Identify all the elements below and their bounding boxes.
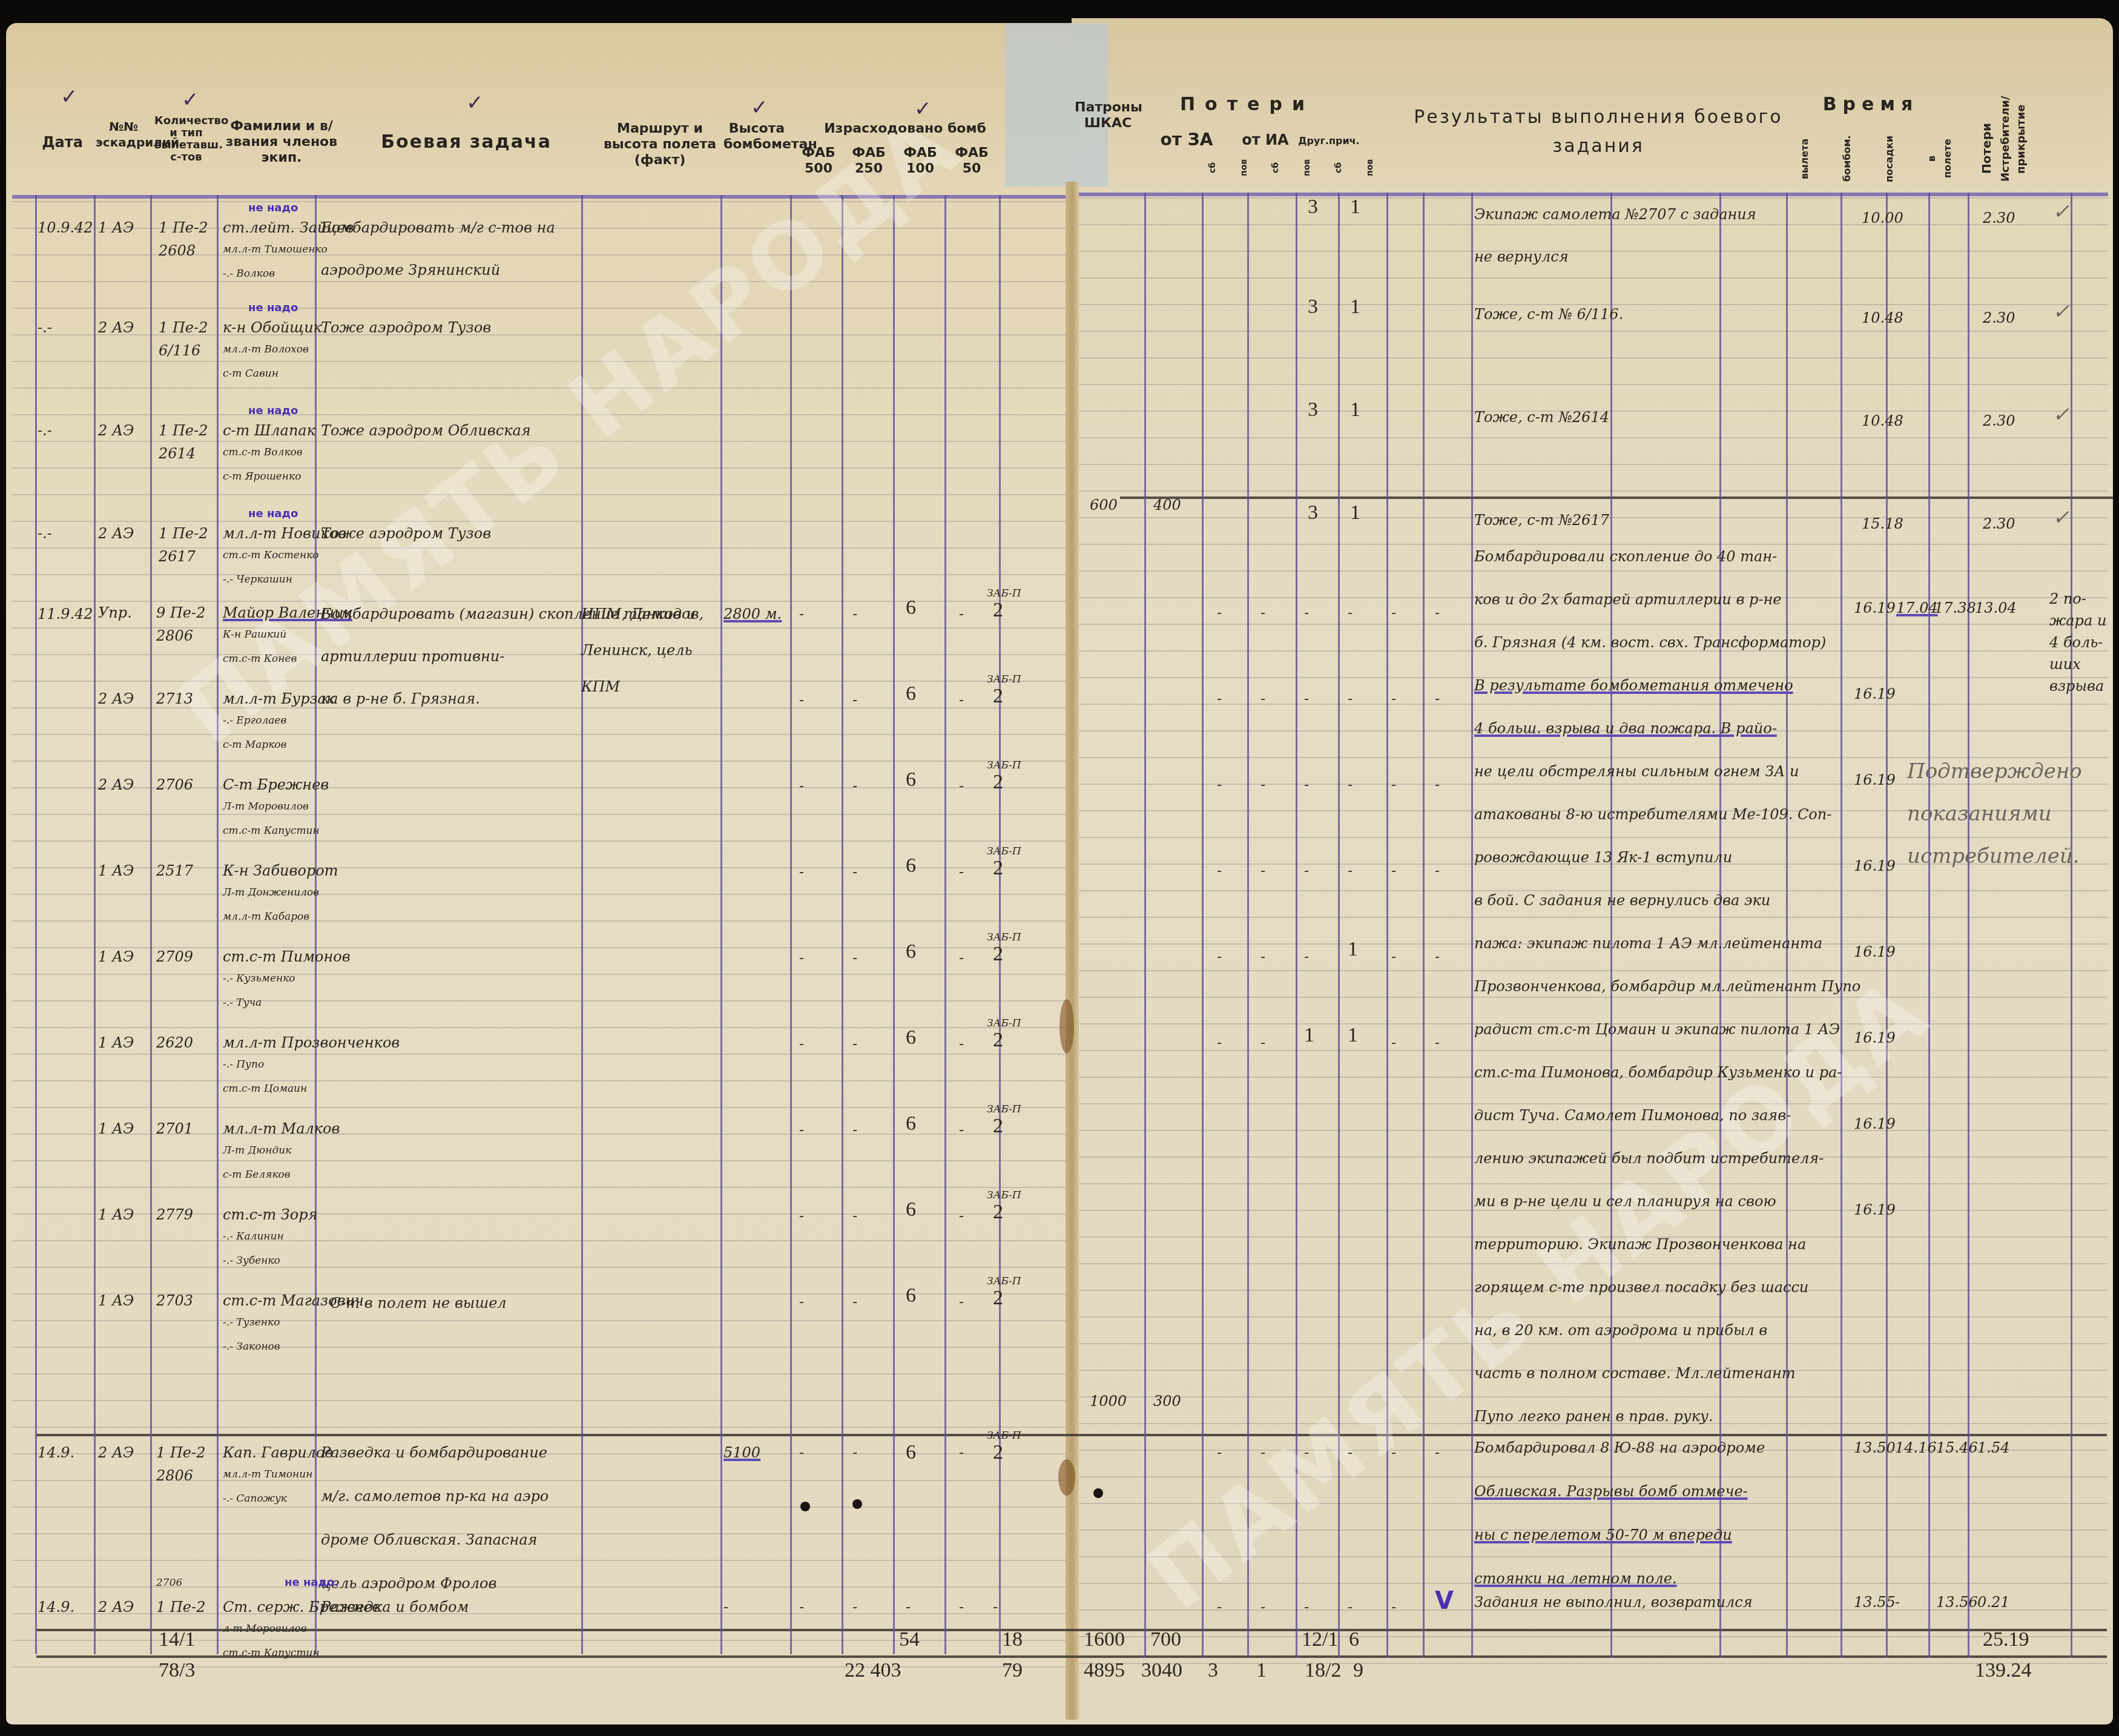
subtotal-cartridges: 1000 xyxy=(1090,1393,1127,1410)
entry-aircraft: 9 Пе-2 xyxy=(156,604,205,621)
crew-member: -.- Волков xyxy=(223,268,275,280)
crew-member: ст.с-т Костенко xyxy=(223,549,319,561)
bomb-altitude: - xyxy=(723,1599,728,1616)
time-value: 0.21 xyxy=(1977,1594,2009,1611)
loss-value: - xyxy=(1391,604,1396,621)
ruled-line xyxy=(12,840,1066,842)
bombs-value: - xyxy=(959,1207,964,1224)
crew-member: К-н Забиворот xyxy=(223,862,338,879)
ruled-line xyxy=(1079,277,2108,279)
zab-label: ЗАБ-П xyxy=(987,1017,1021,1029)
entry-tail-number: 2806 xyxy=(156,627,193,644)
crew-member: с-т Савин xyxy=(223,368,278,380)
zab-value: 2 xyxy=(993,1444,1003,1461)
ruled-line xyxy=(12,1187,1066,1188)
column-rule xyxy=(1928,193,1930,1658)
loss-value: - xyxy=(1261,1599,1265,1616)
loss-value: - xyxy=(1348,1599,1353,1616)
crew-member: мл.л-т Тимошенко xyxy=(223,243,328,256)
crew-member: л-т Моровилов xyxy=(223,1623,307,1635)
ruled-line xyxy=(12,974,1066,975)
ruled-line xyxy=(12,1160,1066,1161)
ruled-line xyxy=(1079,1663,2108,1664)
ruled-line xyxy=(12,1107,1066,1108)
time-value: 15.46 xyxy=(1936,1439,1978,1456)
entry-tail-number: 2706 xyxy=(156,776,193,793)
entry-task: дроме Обливская. Запасная xyxy=(321,1531,538,1548)
result-line: Бомбардировали скопление до 40 тан- xyxy=(1474,548,1777,565)
entry-date: -.- xyxy=(38,525,52,542)
bombs-value: - xyxy=(799,777,804,794)
zab-label: ЗАБ-П xyxy=(987,845,1021,857)
loss-value: - xyxy=(1217,1599,1222,1616)
time-subheader: в полете xyxy=(1924,134,1956,183)
entry-squadron: 1 АЭ xyxy=(98,219,134,236)
loss-subheader: сб xyxy=(1205,153,1221,183)
loss-value: - xyxy=(1304,1599,1309,1616)
column-rule xyxy=(893,195,895,1654)
flight-duration: 2.30 xyxy=(1983,515,2015,532)
result-line: Задания не выполнил, возвратился xyxy=(1474,1594,1753,1611)
total-zab: 18 xyxy=(1002,1631,1023,1648)
loss-value: - xyxy=(1348,604,1353,621)
entry-date: 10.9.42 xyxy=(38,219,93,236)
entry-squadron: 2 АЭ xyxy=(98,319,134,336)
loss-value: - xyxy=(1304,690,1309,707)
loss-value: - xyxy=(1391,1599,1396,1616)
ruled-line xyxy=(1079,1396,2108,1398)
column-rule xyxy=(217,195,219,1654)
loss-value: - xyxy=(1304,948,1309,965)
time-subheader: посадки xyxy=(1882,134,1897,183)
result-line: на, в 20 км. от аэродрома и прибыл в xyxy=(1474,1322,1767,1339)
result-line: ков и до 2х батарей артиллерии в р-не xyxy=(1474,591,1782,608)
bombs-value: 6 xyxy=(906,599,916,616)
bombs-value: - xyxy=(799,949,804,966)
check-icon: ✓ xyxy=(2052,303,2070,320)
entry-result: не вернулся xyxy=(1474,248,1569,265)
entry-task: Бомбардировать (магазин) скопление танко… xyxy=(321,606,696,622)
entry-squadron: 1 АЭ xyxy=(98,948,134,965)
ruled-line xyxy=(1079,384,2108,385)
total-rule xyxy=(36,1655,2107,1658)
entry-squadron: 2 АЭ xyxy=(98,776,134,793)
bombs-value: - xyxy=(799,1599,804,1616)
ruled-line xyxy=(1079,437,2108,438)
loss-value: - xyxy=(1348,862,1353,879)
ruled-line xyxy=(1079,1343,2108,1344)
ruled-line xyxy=(12,1373,1066,1375)
column-rule xyxy=(1841,193,1842,1658)
loss-value: - xyxy=(1391,776,1396,793)
loss-value: - xyxy=(1261,604,1265,621)
loss-value: - xyxy=(1348,1444,1353,1461)
entry-tail-number: 2709 xyxy=(156,948,193,965)
takeoff-time: 16.19 xyxy=(1854,857,1896,874)
zab-value: 2 xyxy=(993,1032,1003,1049)
loss-value: - xyxy=(1348,690,1353,707)
crew-member: -.- Сапожук xyxy=(223,1493,287,1505)
entry-task: Тоже аэродром Тузов xyxy=(321,525,491,542)
bombs-value: - xyxy=(799,1121,804,1138)
entry-squadron: 2 АЭ xyxy=(98,1599,134,1616)
bombs-value: - xyxy=(959,863,964,880)
loss-value: - xyxy=(1261,690,1265,707)
total-cartridges: 1600 xyxy=(1084,1631,1125,1648)
bombs-value: - xyxy=(852,1207,857,1224)
loss-value: - xyxy=(1435,862,1440,879)
ruled-line xyxy=(1079,784,2108,785)
entry-aircraft: 1 Пе-2 xyxy=(159,219,208,236)
crew-member: -.- Калинин xyxy=(223,1230,284,1243)
zab-label: ЗАБ-П xyxy=(987,1189,1021,1201)
result-line: Обливская. Разрывы бомб отмече- xyxy=(1474,1483,1748,1500)
header-fab250: ФАБ 250 xyxy=(845,145,893,177)
time-value: 13.56 xyxy=(1936,1594,1978,1611)
takeoff-time: 16.19 xyxy=(1854,1115,1896,1132)
header-time: Время xyxy=(1798,97,1943,113)
crew-member: -.- Зубенко xyxy=(223,1255,280,1267)
total-aircraft: 14/1 xyxy=(159,1631,195,1648)
total-fab100: 54 xyxy=(899,1631,920,1648)
total-rule xyxy=(36,1629,2107,1631)
ruled-line xyxy=(12,1080,1066,1081)
bombs-value: - xyxy=(852,1121,857,1138)
loss-value: - xyxy=(1261,776,1265,793)
result-line: 4 больш. взрыва и два пожара. В райо- xyxy=(1474,720,1777,737)
entry-date: 14.9. xyxy=(38,1599,74,1616)
takeoff-time: 16.19 xyxy=(1854,1029,1896,1046)
loss-value: 3 xyxy=(1308,199,1318,216)
column-rule xyxy=(1719,193,1721,1658)
bombs-value: - xyxy=(799,606,804,622)
damage-note: жара и xyxy=(2049,612,2106,629)
check-icon: ✓ xyxy=(2052,203,2070,220)
column-rule xyxy=(842,195,843,1654)
crew-member: Кап. Гаврилов xyxy=(223,1444,333,1461)
takeoff-time: 16.19 xyxy=(1854,599,1896,616)
ruled-line xyxy=(1079,357,2108,358)
ruled-line xyxy=(1079,890,2108,891)
loss-value: 3 xyxy=(1308,401,1318,418)
header-losses: Потери xyxy=(1138,97,1356,113)
entry-date: 14.9. xyxy=(38,1444,74,1461)
loss-value: - xyxy=(1391,690,1396,707)
result-line: Бомбардировал 8 Ю-88 на аэродроме xyxy=(1474,1439,1765,1456)
loss-value: - xyxy=(1435,1444,1440,1461)
crew-member: Л-т Дюндик xyxy=(223,1144,291,1157)
entry-task: Тоже аэродром Тузов xyxy=(321,319,491,336)
crew-member: мл.л-т Прозвонченков xyxy=(223,1034,400,1051)
header-rule xyxy=(1079,193,2108,196)
crew-member: мл.л-т Бурзак xyxy=(223,690,335,707)
ruled-line xyxy=(12,1000,1066,1002)
entry-squadron: 2 АЭ xyxy=(98,690,134,707)
ruled-line xyxy=(1079,1130,2108,1131)
ruled-line xyxy=(12,920,1066,922)
bombs-value: - xyxy=(959,777,964,794)
ruled-line xyxy=(1079,304,2108,305)
ruled-line xyxy=(12,1560,1066,1561)
crew-member: мл.л-т Малков xyxy=(223,1120,340,1137)
header-other-losses: Потери xyxy=(1979,115,1994,182)
flight-duration: 2.30 xyxy=(1983,309,2015,326)
bombs-value: - xyxy=(852,1293,857,1310)
time-value: 1.54 xyxy=(1977,1439,2009,1456)
entry-tail-number: 2779 xyxy=(156,1206,193,1223)
right-page xyxy=(1072,18,2113,1724)
result-line: горящем с-те произвел посадку без шасси xyxy=(1474,1279,1808,1296)
column-rule xyxy=(35,195,37,1654)
entry-task: цель аэродром Фролов xyxy=(321,1575,496,1592)
check-icon: V xyxy=(1435,1592,1454,1609)
entry-task: ка в р-не б. Грязная. xyxy=(321,690,480,707)
loss-value: - xyxy=(1217,604,1222,621)
ruled-line xyxy=(1079,490,2108,492)
result-line: ст.с-та Пимонова, бомбардир Кузьменко и … xyxy=(1474,1064,1842,1081)
loss-value: - xyxy=(1261,1444,1265,1461)
column-rule xyxy=(1610,193,1612,1658)
ruled-line xyxy=(1079,251,2108,252)
bombs-value: 6 xyxy=(906,1201,916,1218)
entry-aircraft: 1 Пе-2 xyxy=(159,422,208,439)
ruled-line xyxy=(12,361,1066,362)
crew-member: ст.с-т Волков xyxy=(223,446,303,458)
flight-duration: 13.04 xyxy=(1975,599,2017,616)
takeoff-time: 16.19 xyxy=(1854,943,1896,960)
takeoff-time: 16.19 xyxy=(1854,685,1896,702)
ruled-line xyxy=(12,1427,1066,1428)
entry-annotation: не надо xyxy=(248,403,298,420)
loss-subheader: пов xyxy=(1236,153,1252,183)
entry-route: Ленинск, цель xyxy=(581,642,693,659)
zab-label: ЗАБ-П xyxy=(987,1275,1021,1287)
zab-value: 2 xyxy=(993,1118,1003,1135)
section-rule xyxy=(36,1434,2107,1436)
entry-tail-number: 2617 xyxy=(159,548,196,565)
crew-member: с-т Ярошенко xyxy=(223,470,301,483)
running-total-losses: 1 xyxy=(1256,1662,1267,1679)
entry-result: Тоже, с-т № 6/116. xyxy=(1474,306,1623,323)
result-line: ми в р-не цели и сел планируя на свою xyxy=(1474,1193,1776,1210)
ruled-line xyxy=(1079,997,2108,998)
entry-tail-number: 2517 xyxy=(156,862,193,879)
loss-subheader: пов xyxy=(1362,153,1378,183)
ruled-line xyxy=(1079,757,2108,758)
loss-value: - xyxy=(1217,1444,1222,1461)
ruled-line xyxy=(1079,570,2108,572)
entry-result: Тоже, с-т №2617 xyxy=(1474,512,1609,529)
bombs-value: - xyxy=(799,863,804,880)
loss-value: - xyxy=(1304,1444,1309,1461)
section-rule xyxy=(1120,497,2113,499)
ruled-line xyxy=(1079,544,2108,545)
time-value: - xyxy=(1895,1594,1900,1611)
ruled-line xyxy=(12,1400,1066,1401)
crew-member: ст.с-т Конев xyxy=(223,653,297,665)
ruled-line xyxy=(12,1507,1066,1508)
takeoff-time: 16.19 xyxy=(1854,771,1896,788)
damage-note: ших xyxy=(2049,656,2081,673)
column-rule xyxy=(1471,193,1473,1658)
ruled-line xyxy=(12,574,1066,575)
crew-member: ст.с-т Зоря xyxy=(223,1206,317,1223)
bombs-value: 6 xyxy=(906,771,916,788)
running-total-zab: 79 xyxy=(1002,1662,1023,1679)
crew-member: к-н Обойщик xyxy=(223,319,322,336)
entry-route: КПМ xyxy=(581,678,620,695)
entry-squadron: 1 АЭ xyxy=(98,1120,134,1137)
bombs-value: - xyxy=(799,1207,804,1224)
total-losses: 6 xyxy=(1349,1631,1359,1648)
ruled-line xyxy=(12,1533,1066,1534)
loss-value: - xyxy=(1435,776,1440,793)
loss-value: - xyxy=(1391,862,1396,879)
column-rule xyxy=(150,195,152,1654)
crew-member: -.- Законов xyxy=(223,1341,280,1353)
ruled-line xyxy=(1079,224,2108,225)
column-rule xyxy=(720,195,722,1654)
total-flight-time: 25.19 xyxy=(1983,1631,2029,1648)
ruled-line xyxy=(12,1347,1066,1348)
takeoff-time: 10.48 xyxy=(1862,309,1903,326)
ruled-line xyxy=(1079,970,2108,971)
running-total-losses: 9 xyxy=(1353,1662,1363,1679)
running-total-losses: 18/2 xyxy=(1305,1662,1341,1679)
entry-squadron: Упр. xyxy=(98,604,132,621)
header-date: Дата xyxy=(35,134,90,150)
takeoff-time: 15.18 xyxy=(1862,515,1903,532)
ruled-line xyxy=(1079,464,2108,465)
ruled-line xyxy=(12,1054,1066,1055)
ruled-line xyxy=(1079,1636,2108,1637)
header-from-fighters: от ИА xyxy=(1235,132,1296,148)
check-icon: ✓ xyxy=(2052,406,2070,423)
entry-aircraft: 1 Пе-2 xyxy=(156,1444,205,1461)
bombs-value: 6 xyxy=(906,1115,916,1132)
result-line: стоянки на летном поле. xyxy=(1474,1570,1677,1587)
entry-squadron: 2 АЭ xyxy=(98,422,134,439)
ruled-line xyxy=(12,761,1066,762)
entry-tail-number: 2806 xyxy=(156,1467,193,1484)
loss-value: - xyxy=(1435,604,1440,621)
running-total-flight-time: 139.24 xyxy=(1975,1662,2032,1679)
bombs-value: 6 xyxy=(906,685,916,702)
loss-value: 1 xyxy=(1350,299,1360,315)
landing-time: 17.38 xyxy=(1934,599,1976,616)
header-other-causes: Друг.прич. xyxy=(1296,133,1362,149)
entry-tail-number: 2713 xyxy=(156,690,193,707)
crew-member: Майор Валенчик xyxy=(223,604,352,621)
ruled-line xyxy=(12,1267,1066,1268)
zab-value: 2 xyxy=(993,860,1003,877)
entry-result: Экипаж самолета №2707 с задания xyxy=(1474,206,1756,223)
entry-tail-number: 2706 xyxy=(156,1577,182,1589)
entry-date: -.- xyxy=(38,319,52,336)
bombs-value: - xyxy=(799,1035,804,1052)
column-rule xyxy=(944,195,946,1654)
entry-tail-number: 6/116 xyxy=(159,342,200,359)
running-total-cartridges: 4895 xyxy=(1084,1662,1125,1679)
running-total-aircraft: 78/3 xyxy=(159,1662,195,1679)
loss-value: 1 xyxy=(1350,504,1360,521)
crew-member: с-т Шлапак xyxy=(223,422,315,439)
pencil-note: Подтверждено xyxy=(1907,763,2082,780)
ruled-line xyxy=(12,894,1066,895)
damage-note: взрыва xyxy=(2049,678,2104,695)
damage-note: 4 боль- xyxy=(2049,634,2103,651)
header-fab100: ФАБ 100 xyxy=(896,145,944,177)
subtotal-cartridges: 300 xyxy=(1153,1393,1181,1410)
entry-annotation: не надо xyxy=(248,506,298,523)
loss-value: 1 xyxy=(1304,1027,1314,1044)
column-rule xyxy=(1786,193,1788,1658)
bombs-value: 6 xyxy=(906,1444,916,1461)
zab-label: ЗАБ-П xyxy=(987,673,1021,685)
result-line: Прозвонченкова, бомбардир мл.лейтенант П… xyxy=(1474,978,1860,995)
time-value: 13.55 xyxy=(1854,1594,1896,1611)
entry-squadron: 1 АЭ xyxy=(98,862,134,879)
crew-member: с-т Беляков xyxy=(223,1169,291,1181)
header-fab500: ФАБ 500 xyxy=(794,145,843,177)
loss-value: - xyxy=(1435,690,1440,707)
bombs-value: - xyxy=(959,1444,964,1461)
time-subheader: вылета xyxy=(1797,134,1813,183)
bombs-value: - xyxy=(959,1599,964,1616)
header-bomb-alt: Высота бомбометан xyxy=(723,121,790,153)
header-task: Боевая задача xyxy=(351,134,581,150)
crew-member: мл.л-т Волохов xyxy=(223,343,309,355)
column-rule xyxy=(1247,193,1249,1658)
entry-annotation: не надо xyxy=(248,300,298,317)
entry-tail-number: 2701 xyxy=(156,1120,193,1137)
loss-value: - xyxy=(1304,862,1309,879)
bombs-value: - xyxy=(852,606,857,622)
zab-label: ЗАБ-П xyxy=(987,1103,1021,1115)
zab-value: 2 xyxy=(993,774,1003,791)
check-icon: ✓ xyxy=(61,85,78,109)
bombs-value: - xyxy=(852,691,857,708)
entry-squadron: 2 АЭ xyxy=(98,1444,134,1461)
entry-tail-number: 2703 xyxy=(156,1292,193,1309)
entry-date: 11.9.42 xyxy=(38,606,93,622)
bombs-value: - xyxy=(799,1293,804,1310)
loss-value: - xyxy=(1261,862,1265,879)
check-icon: ✓ xyxy=(466,91,484,115)
zab-value: 2 xyxy=(993,1204,1003,1221)
bombs-value: 6 xyxy=(906,857,916,874)
time-subheader: бомбом. xyxy=(1839,134,1855,183)
bombs-value: - xyxy=(959,691,964,708)
crew-member: -.- Ерголаев xyxy=(223,715,286,727)
column-rule xyxy=(1202,193,1204,1658)
crew-member: -.- Пупо xyxy=(223,1058,264,1071)
entry-tail-number: 2608 xyxy=(159,242,196,259)
loss-value: - xyxy=(1304,604,1309,621)
check-icon: ✓ xyxy=(914,97,932,121)
crew-member: ст.с-т Капустин xyxy=(223,825,320,837)
header-squadron: №№ эскадрилий xyxy=(96,119,151,150)
entry-date: -.- xyxy=(38,422,52,439)
result-line: б. Грязная (4 км. вост. свх. Трансформат… xyxy=(1474,634,1826,651)
loss-subheader: пов xyxy=(1299,153,1315,183)
bombs-value: 6 xyxy=(906,943,916,960)
ruled-line xyxy=(1079,624,2108,625)
bombs-value: - xyxy=(959,1035,964,1052)
takeoff-time: 16.19 xyxy=(1854,1201,1896,1218)
ruled-line xyxy=(1079,837,2108,838)
loss-subheader: сб xyxy=(1268,153,1284,183)
